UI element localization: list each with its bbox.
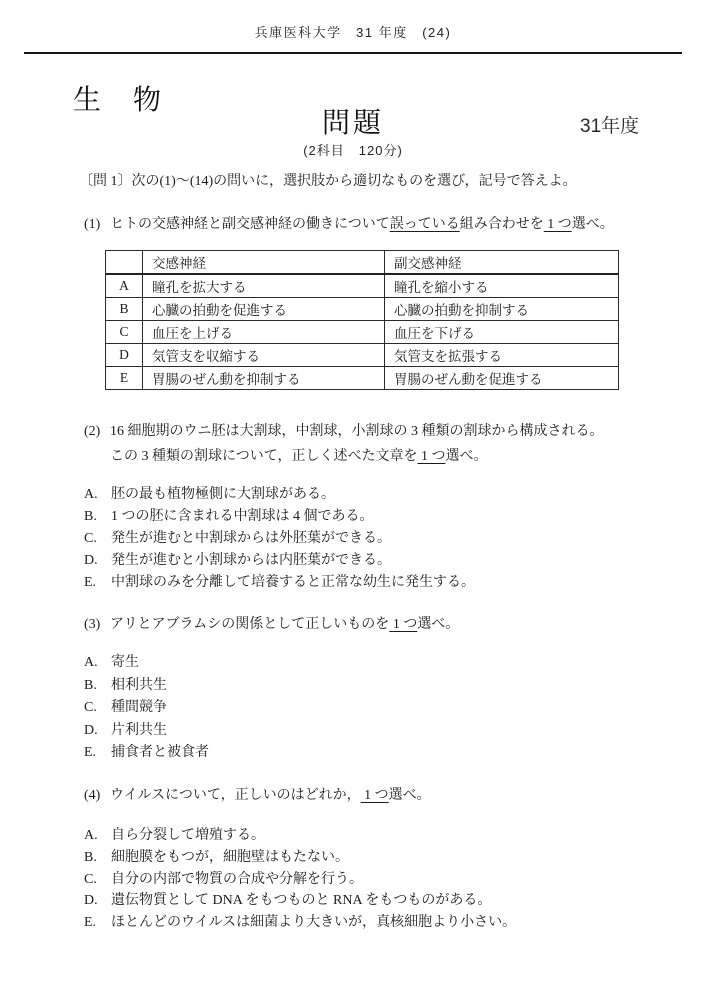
option-label: E. [84, 912, 111, 934]
question-4: (4)ウイルスについて，正しいのはどれか， 1 つ選べ。 [84, 784, 431, 804]
option-label: B. [84, 675, 111, 698]
option-label: E. [84, 742, 111, 765]
question-1-number: (1) [84, 217, 110, 233]
row-sympathetic: 心臓の拍動を促進する [143, 298, 385, 321]
table-row: C 血圧を上げる 血圧を下げる [106, 321, 619, 344]
q3-text-pre: アリとアブラムシの関係として正しいものを [110, 617, 389, 632]
option-text: 1 つの胚に含まれる中割球は 4 個である。 [111, 509, 374, 524]
option-text: 寄生 [111, 655, 139, 670]
option-row: E.捕食者と被食者 [84, 742, 209, 765]
option-label: D. [84, 720, 111, 743]
question-2: (2)16 細胞期のウニ胚は大割球，中割球，小割球の 3 種類の割球から構成され… [84, 419, 606, 469]
option-row: B.細胞膜をもつが，細胞壁はもたない。 [84, 847, 516, 869]
option-row: B.1 つの胚に含まれる中割球は 4 個である。 [84, 506, 475, 528]
question-4-number: (4) [84, 788, 110, 804]
q3-underline: 1 つ [389, 617, 417, 632]
q1-text-mid: 組み合わせを [460, 217, 544, 232]
row-key: C [106, 321, 143, 344]
row-key: E [106, 367, 143, 390]
option-text: 細胞膜をもつが，細胞壁はもたない。 [111, 850, 349, 865]
option-text: 捕食者と被食者 [111, 745, 209, 760]
question-3: (3)アリとアブラムシの関係として正しいものを 1 つ選べ。 [84, 613, 459, 633]
option-label: B. [84, 847, 111, 869]
option-text: ほとんどのウイルスは細菌より大きいが，真核細胞より小さい。 [111, 915, 516, 930]
option-text: 片利共生 [111, 723, 167, 738]
page-header: 兵庫医科大学 31 年度 (24) [0, 22, 706, 41]
q4-underline: 1 つ [361, 788, 389, 803]
q1-text-post: 選べ。 [572, 217, 614, 232]
option-label: A. [84, 825, 111, 847]
q2-text-post: 選べ。 [445, 449, 487, 464]
q1-answer-table: 交感神経 副交感神経 A 瞳孔を拡大する 瞳孔を縮小する B 心臓の拍動を促進す… [105, 250, 619, 390]
duration-note: (2科目 120分) [0, 140, 706, 159]
table-row: A 瞳孔を拡大する 瞳孔を縮小する [106, 274, 619, 298]
option-row: E.中割球のみを分離して培養すると正常な幼生に発生する。 [84, 572, 475, 594]
question-4-text: ウイルスについて，正しいのはどれか， 1 つ選べ。 [110, 788, 431, 803]
option-label: B. [84, 506, 111, 528]
q1-text-pre: ヒトの交感神経と副交感神経の働きについて [110, 217, 390, 232]
section-intro: 〔問 1〕次の(1)～(14)の問いに，選択肢から適切なものを選び，記号で答えよ… [79, 170, 577, 190]
option-label: C. [84, 697, 111, 720]
row-sympathetic: 胃腸のぜん動を抑制する [143, 367, 385, 390]
question-4-options: A.自ら分裂して増殖する。 B.細胞膜をもつが，細胞壁はもたない。 C.自分の内… [84, 825, 516, 934]
q1-underline-2: 1 つ [544, 217, 572, 232]
row-sympathetic: 気管支を収縮する [143, 344, 385, 367]
question-2-options: A.胚の最も植物極側に大割球がある。 B.1 つの胚に含まれる中割球は 4 個で… [84, 484, 475, 594]
question-2-text: 16 細胞期のウニ胚は大割球，中割球，小割球の 3 種類の割球から構成される。こ… [110, 424, 604, 464]
option-text: 自ら分裂して増殖する。 [111, 828, 265, 843]
table-header-sympathetic: 交感神経 [143, 251, 385, 275]
option-text: 発生が進むと小割球からは内胚葉ができる。 [111, 553, 391, 568]
option-label: A. [84, 652, 111, 675]
row-parasympathetic: 血圧を下げる [385, 321, 619, 344]
option-label: C. [84, 869, 111, 891]
option-row: C.発生が進むと中割球からは外胚葉ができる。 [84, 528, 475, 550]
q1-underline-1: 誤っている [390, 217, 460, 232]
option-row: E.ほとんどのウイルスは細菌より大きいが，真核細胞より小さい。 [84, 912, 516, 934]
row-key: D [106, 344, 143, 367]
question-1-text: ヒトの交感神経と副交感神経の働きについて誤っている組み合わせを 1 つ選べ。 [110, 217, 614, 232]
table-header-row: 交感神経 副交感神経 [106, 251, 619, 275]
q4-text-pre: ウイルスについて，正しいのはどれか， [110, 788, 361, 803]
question-1: (1)ヒトの交感神経と副交感神経の働きについて誤っている組み合わせを 1 つ選べ… [84, 213, 614, 233]
row-sympathetic: 血圧を上げる [143, 321, 385, 344]
option-label: C. [84, 528, 111, 550]
option-text: 種間競争 [111, 700, 167, 715]
option-label: D. [84, 550, 111, 572]
row-key: A [106, 274, 143, 298]
question-3-text: アリとアブラムシの関係として正しいものを 1 つ選べ。 [110, 617, 459, 632]
q2-underline: 1 つ [417, 449, 445, 464]
option-text: 中割球のみを分離して培養すると正常な幼生に発生する。 [111, 575, 475, 590]
option-text: 遺伝物質として DNA をもつものと RNA をもつものがある。 [111, 893, 491, 908]
question-3-number: (3) [84, 617, 110, 633]
q3-text-post: 選べ。 [417, 617, 459, 632]
table-row: D 気管支を収縮する 気管支を拡張する [106, 344, 619, 367]
option-label: E. [84, 572, 111, 594]
option-text: 相利共生 [111, 678, 167, 693]
year-label: 31年度 [580, 111, 639, 138]
table-row: E 胃腸のぜん動を抑制する 胃腸のぜん動を促進する [106, 367, 619, 390]
table-header-blank [106, 251, 143, 275]
exam-page: 兵庫医科大学 31 年度 (24) 生 物 問題 31年度 (2科目 120分)… [0, 0, 706, 1000]
header-divider [24, 52, 682, 54]
option-row: B.相利共生 [84, 675, 209, 698]
table-header-parasympathetic: 副交感神経 [385, 251, 619, 275]
option-row: D.遺伝物質として DNA をもつものと RNA をもつものがある。 [84, 890, 516, 912]
option-text: 自分の内部で物質の合成や分解を行う。 [111, 872, 363, 887]
option-row: D.発生が進むと小割球からは内胚葉ができる。 [84, 550, 475, 572]
option-row: A.自ら分裂して増殖する。 [84, 825, 516, 847]
option-row: D.片利共生 [84, 720, 209, 743]
row-parasympathetic: 瞳孔を縮小する [385, 274, 619, 298]
option-label: A. [84, 484, 111, 506]
row-parasympathetic: 気管支を拡張する [385, 344, 619, 367]
row-sympathetic: 瞳孔を拡大する [143, 274, 385, 298]
table-row: B 心臓の拍動を促進する 心臓の拍動を抑制する [106, 298, 619, 321]
q2-text-pre: 16 細胞期のウニ胚は大割球，中割球，小割球の 3 種類の割球から構成される。こ… [110, 424, 604, 464]
row-key: B [106, 298, 143, 321]
question-2-number: (2) [84, 419, 100, 444]
row-parasympathetic: 心臓の拍動を抑制する [385, 298, 619, 321]
row-parasympathetic: 胃腸のぜん動を促進する [385, 367, 619, 390]
option-row: C.自分の内部で物質の合成や分解を行う。 [84, 869, 516, 891]
q4-text-post: 選べ。 [389, 788, 431, 803]
option-text: 発生が進むと中割球からは外胚葉ができる。 [111, 531, 391, 546]
option-row: C.種間競争 [84, 697, 209, 720]
option-text: 胚の最も植物極側に大割球がある。 [111, 487, 335, 502]
option-label: D. [84, 890, 111, 912]
question-3-options: A.寄生 B.相利共生 C.種間競争 D.片利共生 E.捕食者と被食者 [84, 652, 209, 765]
option-row: A.寄生 [84, 652, 209, 675]
option-row: A.胚の最も植物極側に大割球がある。 [84, 484, 475, 506]
